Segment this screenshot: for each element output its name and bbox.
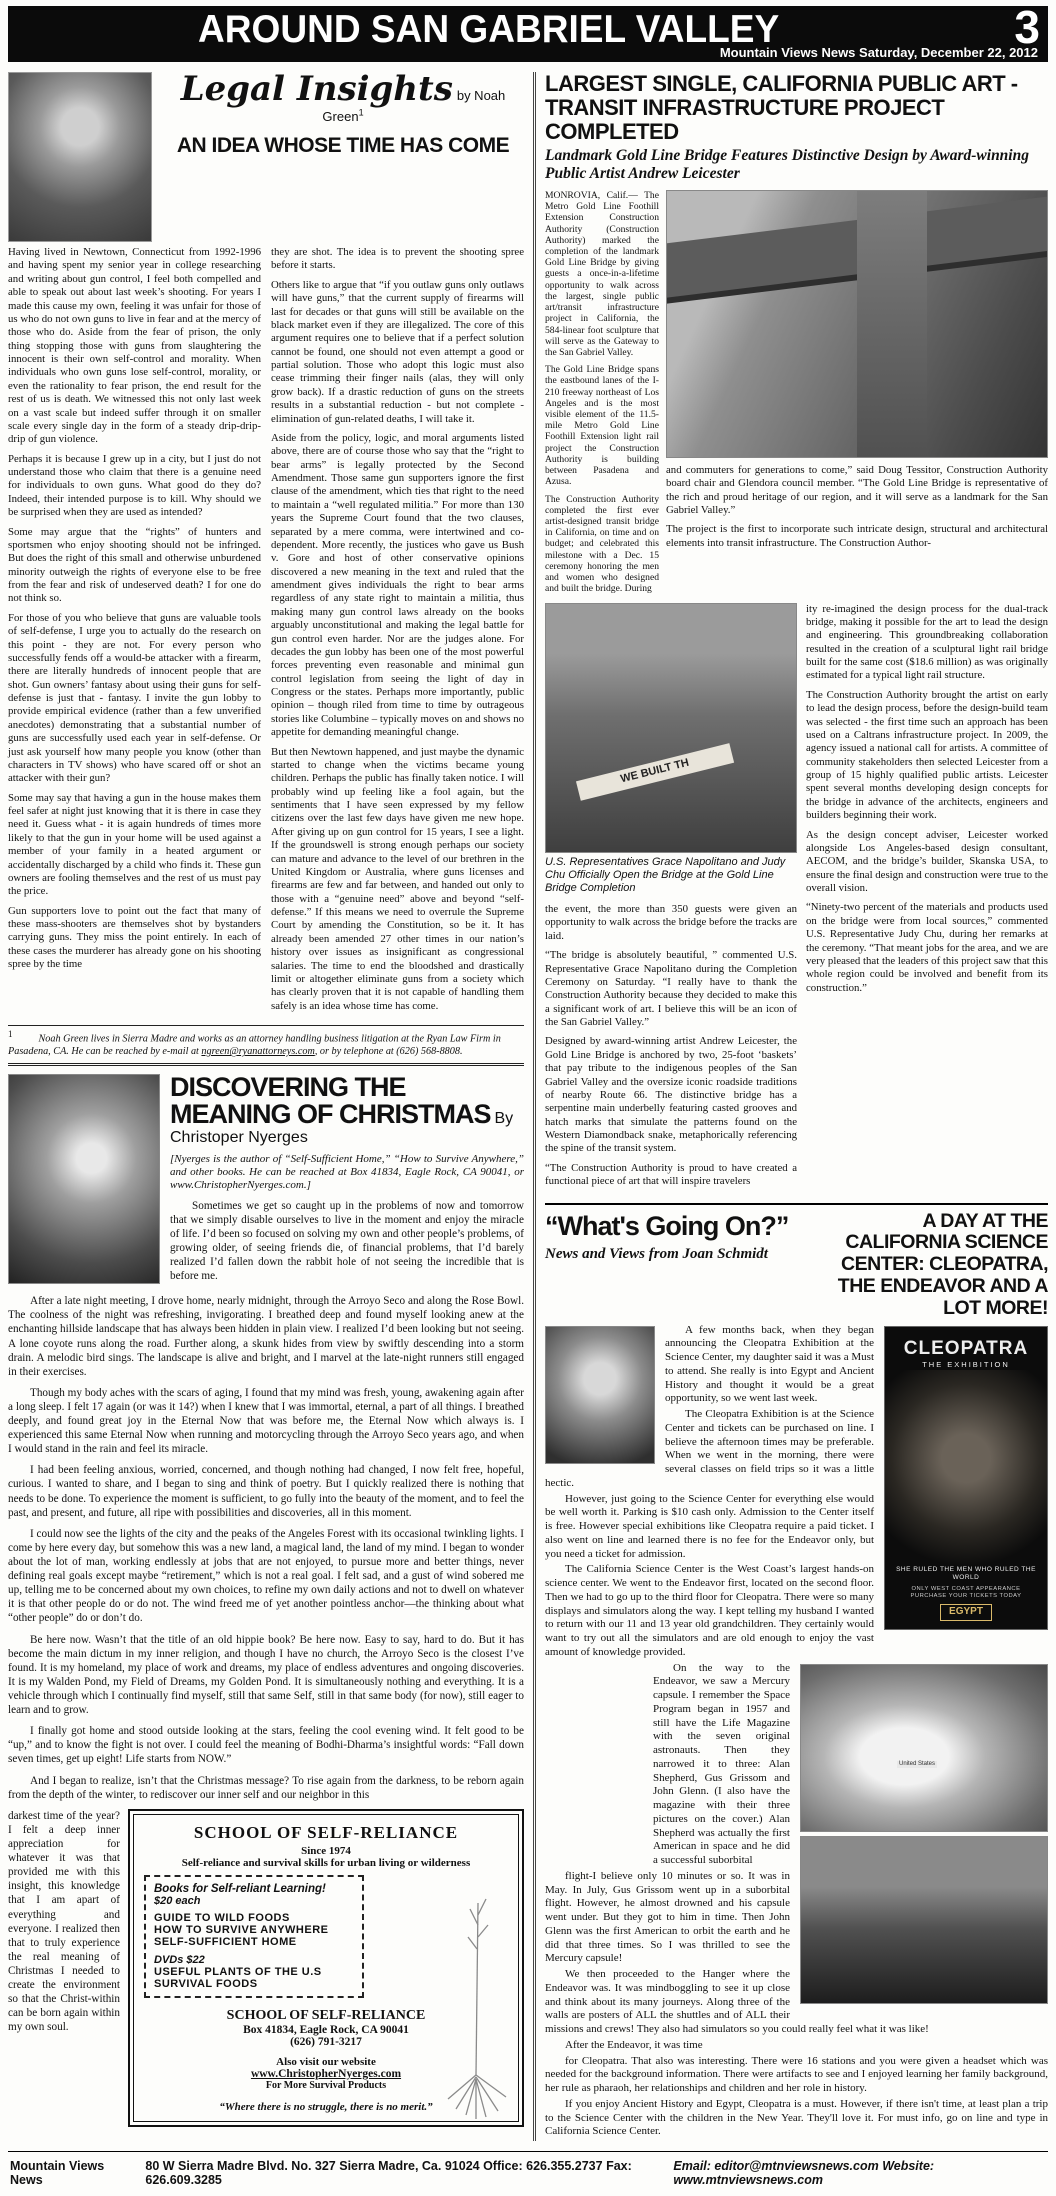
body-paragraph: Perhaps it is because I grew up in a cit… bbox=[8, 453, 261, 520]
poster-title: CLEOPATRA bbox=[885, 1337, 1047, 1361]
bridge-opening-ceremony-photo: WE BUILT TH bbox=[545, 603, 797, 853]
legal-insights-article: Legal Insights by Noah Green1 AN IDEA WH… bbox=[8, 72, 524, 1066]
footer-address: 80 W Sierra Madre Blvd. No. 327 Sierra M… bbox=[145, 2159, 655, 2187]
body-paragraph: But then Newtown happened, and just mayb… bbox=[271, 746, 524, 1014]
ad-book-item: HOW TO SURVIVE ANYWHERE bbox=[154, 1924, 354, 1936]
footer-contact: Email: editor@mtnviewsnews.com Website: … bbox=[673, 2159, 1046, 2187]
cleopatra-figure bbox=[885, 1370, 1047, 1566]
body-paragraph: If you enjoy Ancient History and Egypt, … bbox=[545, 2098, 1048, 2139]
body-paragraph: I finally got home and stood outside loo… bbox=[8, 1724, 524, 1766]
ad-dvd-item: SURVIVAL FOODS bbox=[154, 1978, 354, 1990]
email-link[interactable]: ngreen@ryanattorneys.com bbox=[201, 1046, 314, 1057]
ad-tagline: Self-reliance and survival skills for ur… bbox=[144, 1857, 508, 1869]
body-paragraph: And I began to realize, isn’t that the C… bbox=[8, 1774, 524, 1802]
article-headline: A DAY AT THE CALIFORNIA SCIENCE CENTER: … bbox=[805, 1211, 1048, 1320]
christmas-article: DISCOVERING THE MEANING OF CHRISTMAS By … bbox=[8, 1074, 524, 2127]
poster-subtitle: THE EXHIBITION bbox=[885, 1360, 1047, 1369]
body-paragraph: ity re-imagined the design process for t… bbox=[806, 603, 1048, 683]
dateline: Mountain Views News Saturday, December 2… bbox=[720, 45, 1038, 60]
article-subtitle: Landmark Gold Line Bridge Features Disti… bbox=[545, 147, 1048, 183]
body-paragraph: Others like to argue that “if you outlaw… bbox=[271, 279, 524, 426]
ceremony-column: WE BUILT TH U.S. Representatives Grace N… bbox=[545, 603, 797, 1195]
endeavour-photos: United States bbox=[800, 1664, 1048, 2004]
whats-going-on-article: “What's Going On?” News and Views from J… bbox=[545, 1203, 1048, 2140]
body-paragraph: Sometimes we get so caught up in the pro… bbox=[170, 1199, 524, 1284]
masthead: AROUND SAN GABRIEL VALLEY 3 Mountain Vie… bbox=[8, 6, 1048, 62]
exhibit-crowd-photo bbox=[800, 1836, 1048, 2004]
body-paragraph: Be here now. Wasn’t that the title of an… bbox=[8, 1633, 524, 1718]
ad-book-item: SELF-SUFFICIENT HOME bbox=[154, 1936, 354, 1948]
gold-line-bridge-photo bbox=[666, 190, 1048, 458]
article-headline: DISCOVERING THE MEANING OF CHRISTMAS bbox=[170, 1072, 491, 1130]
body-paragraph: Though my body aches with the scars of a… bbox=[8, 1386, 524, 1457]
continuation-column: ity re-imagined the design process for t… bbox=[806, 603, 1048, 1195]
ad-dvd-item: USEFUL PLANTS OF THE U.S bbox=[154, 1966, 354, 1978]
body-paragraph: After the Endeavor, it was time bbox=[545, 2039, 1048, 2053]
ceremony-banner: WE BUILT TH bbox=[576, 743, 734, 800]
body-paragraph: and commuters for generations to come,” … bbox=[666, 464, 1048, 518]
noah-green-photo bbox=[8, 72, 152, 242]
body-paragraph: Having lived in Newtown, Connecticut fro… bbox=[8, 246, 261, 447]
author-note: [Nyerges is the author of “Self-Sufficie… bbox=[170, 1153, 524, 1193]
footer-paper-name: Mountain Views News bbox=[10, 2159, 127, 2187]
body-paragraph: After a late night meeting, I drove home… bbox=[8, 1294, 524, 1379]
body-paragraph: The project is the first to incorporate … bbox=[666, 523, 1048, 550]
body-paragraph: “The Construction Authority is proud to … bbox=[545, 1162, 797, 1189]
school-of-self-reliance-ad: SCHOOL OF SELF-RELIANCE Since 1974 Self-… bbox=[128, 1809, 524, 2127]
column-byline: News and Views from Joan Schmidt bbox=[545, 1246, 795, 1263]
page-footer: Mountain Views News 80 W Sierra Madre Bl… bbox=[8, 2151, 1048, 2196]
body-paragraph: the event, the more than 350 guests were… bbox=[545, 903, 797, 943]
space-shuttle-photo: United States bbox=[800, 1664, 1048, 1832]
text-column-1: Having lived in Newtown, Connecticut fro… bbox=[8, 246, 261, 1019]
ad-since: Since 1974 bbox=[144, 1845, 508, 1857]
ad-book-item: GUIDE TO WILD FOODS bbox=[154, 1912, 354, 1924]
right-column: LARGEST SINGLE, CALIFORNIA PUBLIC ART - … bbox=[536, 72, 1048, 2141]
body-paragraph: I could now see the lights of the city a… bbox=[8, 1527, 524, 1626]
cleopatra-poster: CLEOPATRA THE EXHIBITION SHE RULED THE M… bbox=[884, 1326, 1048, 1630]
body-paragraph: The Construction Authority brought the a… bbox=[806, 689, 1048, 823]
column-title: “What's Going On?” bbox=[545, 1211, 795, 1242]
body-paragraph: Designed by award-winning artist Andrew … bbox=[545, 1035, 797, 1155]
body-paragraph: For those of you who believe that guns a… bbox=[8, 612, 261, 786]
body-paragraph: they are shot. The idea is to prevent th… bbox=[271, 246, 524, 273]
photo-caption: U.S. Representatives Grace Napolitano an… bbox=[545, 856, 797, 896]
left-column: Legal Insights by Noah Green1 AN IDEA WH… bbox=[8, 72, 536, 2141]
page-title: AROUND SAN GABRIEL VALLEY bbox=[198, 8, 779, 52]
body-paragraph: As the design concept adviser, Leicester… bbox=[806, 829, 1048, 896]
body-paragraph: for Cleopatra. That also was interesting… bbox=[545, 2055, 1048, 2096]
body-paragraph: The Construction Authority completed the… bbox=[545, 494, 659, 595]
body-paragraph: Some may argue that the “rights” of hunt… bbox=[8, 526, 261, 606]
footnote-ref: 1 bbox=[359, 108, 364, 118]
body-paragraph: “The bridge is absolutely beautiful, ” c… bbox=[545, 949, 797, 1029]
intro-text-column: MONROVIA, Calif.— The Metro Gold Line Fo… bbox=[545, 190, 659, 601]
ad-title: SCHOOL OF SELF-RELIANCE bbox=[144, 1823, 508, 1843]
joan-schmidt-photo bbox=[545, 1326, 655, 1464]
column-title: Legal Insights bbox=[181, 69, 453, 109]
body-paragraph: Aside from the policy, logic, and moral … bbox=[271, 432, 524, 740]
ad-book-list: Books for Self-reliant Learning! $20 eac… bbox=[144, 1875, 364, 1998]
egypt-logo: EGYPT bbox=[940, 1604, 992, 1621]
body-paragraph: Gun supporters love to point out the fac… bbox=[8, 905, 261, 972]
nyerges-photo bbox=[8, 1074, 160, 1284]
body-paragraph: I had been feeling anxious, worried, con… bbox=[8, 1463, 524, 1519]
text-column-2: they are shot. The idea is to prevent th… bbox=[271, 246, 524, 1019]
gold-line-article: LARGEST SINGLE, CALIFORNIA PUBLIC ART - … bbox=[545, 72, 1048, 1195]
article-body: CLEOPATRA THE EXHIBITION SHE RULED THE M… bbox=[545, 1324, 1048, 2140]
body-paragraph: MONROVIA, Calif.— The Metro Gold Line Fo… bbox=[545, 190, 659, 358]
yucca-illustration bbox=[442, 1885, 512, 2140]
article-headline: AN IDEA WHOSE TIME HAS COME bbox=[162, 134, 524, 158]
sidebar-text: darkest time of the year? I felt a deep … bbox=[8, 1809, 120, 2127]
body-paragraph: The Gold Line Bridge spans the eastbound… bbox=[545, 364, 659, 487]
author-footnote: 1Noah Green lives in Sierra Madre and wo… bbox=[8, 1025, 524, 1066]
body-paragraph: Some may say that having a gun in the ho… bbox=[8, 792, 261, 899]
body-paragraph: “Ninety-two percent of the materials and… bbox=[806, 901, 1048, 995]
article-headline: LARGEST SINGLE, CALIFORNIA PUBLIC ART - … bbox=[545, 72, 1048, 143]
newspaper-page: AROUND SAN GABRIEL VALLEY 3 Mountain Vie… bbox=[0, 0, 1056, 2196]
article-body: After a late night meeting, I drove home… bbox=[8, 1294, 524, 1802]
